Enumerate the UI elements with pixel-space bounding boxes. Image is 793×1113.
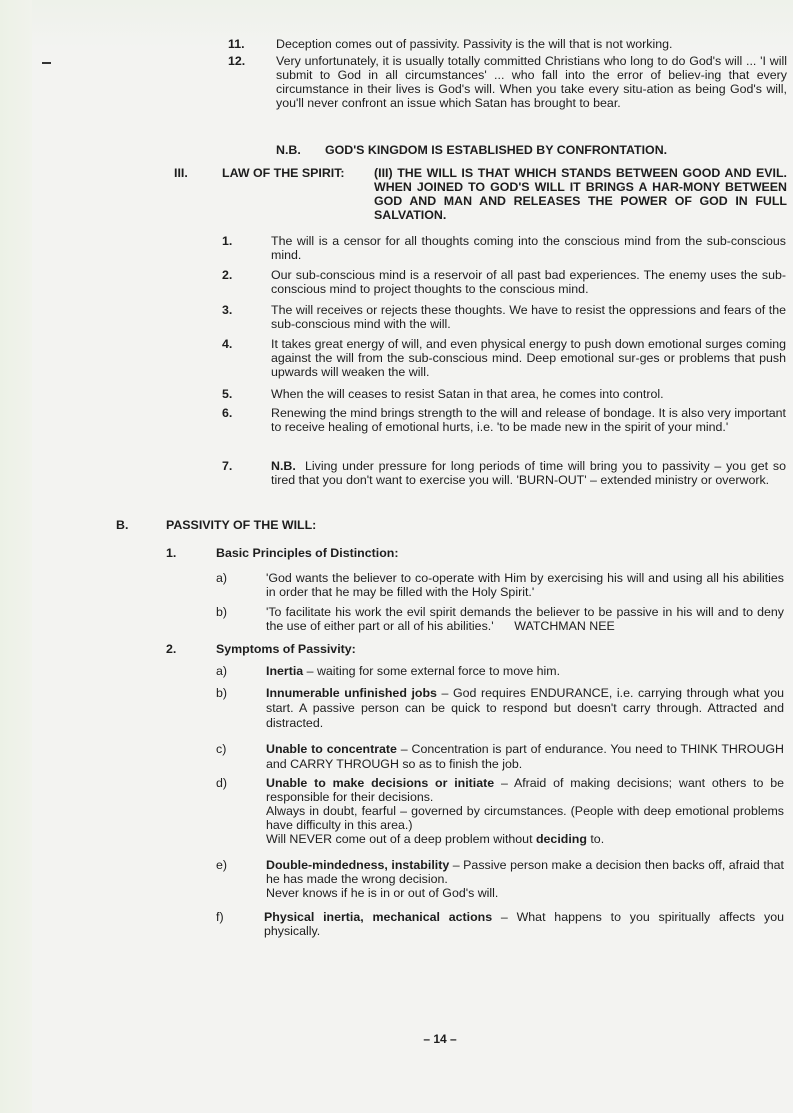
item-line-2: Never knows if he is in or out of God's … (266, 886, 784, 900)
item-letter: a) (216, 571, 227, 585)
subsection-title: Basic Principles of Distinction: (216, 546, 398, 560)
item-number: 5. (222, 387, 232, 401)
item-text: 'To facilitate his work the evil spirit … (266, 605, 784, 633)
item-letter: e) (216, 858, 227, 872)
subsection-title: Symptoms of Passivity: (216, 642, 356, 656)
page-number: – 14 – (0, 1032, 793, 1046)
item-text: The will is a censor for all thoughts co… (271, 234, 786, 262)
item-number: 3. (222, 303, 232, 317)
nb-label: N.B. (276, 143, 301, 157)
item-number: 7. (222, 459, 232, 473)
item-description: – waiting for some external force to mov… (303, 664, 560, 678)
item-text: Our sub-conscious mind is a reservoir of… (271, 268, 786, 296)
item-text: Physical inertia, mechanical actions – W… (264, 910, 784, 938)
section-number: III. (174, 166, 188, 180)
item-text: When the will ceases to resist Satan in … (271, 387, 786, 401)
section-title: PASSIVITY OF THE WILL: (166, 518, 316, 532)
item-number: 11. (228, 37, 245, 51)
subsection-number: 1. (166, 546, 176, 560)
item-letter: b) (216, 605, 227, 619)
item-keyword: Innumerable unfinished jobs (266, 686, 437, 700)
item-text: Unable to make decisions or initiate – A… (266, 776, 784, 846)
item-text: Unable to concentrate – Concentration is… (266, 742, 784, 772)
law-title: LAW OF THE SPIRIT: (222, 166, 345, 180)
section-letter: B. (116, 518, 128, 532)
item-line-3: Will NEVER come out of a deep problem wi… (266, 832, 784, 846)
item-letter: b) (216, 686, 227, 700)
item-letter: f) (216, 910, 224, 924)
item-number: 1. (222, 234, 232, 248)
item-line-2: Always in doubt, fearful – governed by c… (266, 804, 784, 832)
item-letter: a) (216, 664, 227, 678)
item-number: 2. (222, 268, 232, 282)
item-keyword: Double-mindedness, instability (266, 858, 449, 872)
scan-margin (0, 0, 32, 1113)
item-keyword: Inertia (266, 664, 303, 678)
attribution: WATCHMAN NEE (514, 619, 615, 633)
item-number: 6. (222, 406, 232, 420)
item-text: Deception comes out of passivity. Passiv… (276, 37, 786, 51)
item-text: Inertia – waiting for some external forc… (266, 664, 784, 678)
subsection-number: 2. (166, 642, 176, 656)
item-number: 4. (222, 337, 232, 351)
item-text: Renewing the mind brings strength to the… (271, 406, 786, 434)
item-number: 12. (228, 54, 245, 68)
item-text: 'God wants the believer to co-operate wi… (266, 571, 784, 599)
item-text: Innumerable unfinished jobs – God requir… (266, 686, 784, 731)
item-letter: c) (216, 742, 226, 756)
item-text: The will receives or rejects these thoug… (271, 303, 786, 331)
margin-mark (42, 62, 51, 64)
item-text: Living under pressure for long periods o… (271, 459, 786, 487)
item-letter: d) (216, 776, 227, 790)
item-text: Double-mindedness, instability – Passive… (266, 858, 784, 900)
item-keyword: Unable to make decisions or initiate (266, 776, 494, 790)
item-text: It takes great energy of will, and even … (271, 337, 786, 379)
item-keyword: Physical inertia, mechanical actions (264, 910, 492, 924)
item-text: Very unfortunately, it is usually totall… (276, 54, 787, 110)
law-text: (III) THE WILL IS THAT WHICH STANDS BETW… (374, 166, 787, 222)
nb-text: GOD'S KINGDOM IS ESTABLISHED BY CONFRONT… (325, 143, 785, 157)
item-keyword: Unable to concentrate (266, 742, 397, 756)
